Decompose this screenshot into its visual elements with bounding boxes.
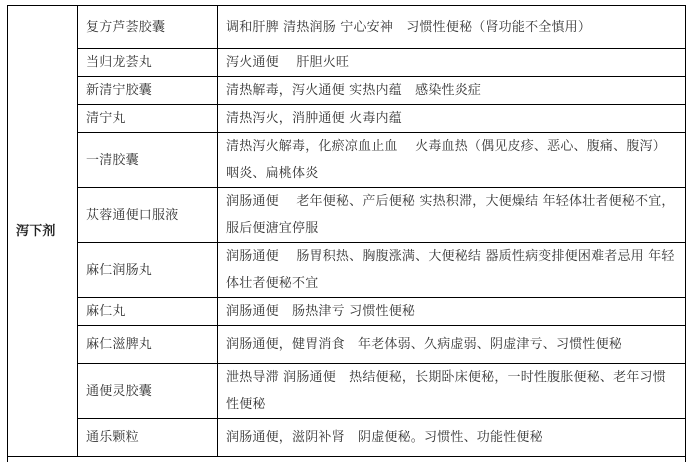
table-row: 新清宁胶囊 清热解毒，泻火通便 实热内蕴 感染性炎症 xyxy=(8,77,686,105)
drug-name: 一清胶囊 xyxy=(78,133,218,188)
table-row-partial xyxy=(8,457,686,462)
drug-description: 调和肝脾 清热润肠 宁心安神 习惯性便秘（肾功能不全慎用） xyxy=(218,6,686,49)
drug-name: 清宁丸 xyxy=(78,105,218,133)
drug-description: 清热泻火，消肿通便 火毒内蕴 xyxy=(218,105,686,133)
drug-name: 通乐颗粒 xyxy=(78,419,218,457)
table-row: 通乐颗粒 润肠通便，滋阴补肾 阴虚便秘。习惯性、功能性便秘 xyxy=(8,419,686,457)
drug-description: 润肠通便 老年便秘、产后便秘 实热积滞，大便燥结 年轻体壮者便秘不宜，服后便溏宜… xyxy=(218,188,686,243)
table-row: 当归龙荟丸 泻火通便 肝胆火旺 xyxy=(8,49,686,77)
table-row: 泻下剂 复方芦荟胶囊 调和肝脾 清热润肠 宁心安神 习惯性便秘（肾功能不全慎用） xyxy=(8,6,686,49)
drug-description: 润肠通便 肠胃积热、胸腹涨满、大便秘结 器质性病变排便困难者忌用 年轻体壮者便秘… xyxy=(218,243,686,298)
drug-description: 润肠通便 肠热津亏 习惯性便秘 xyxy=(218,298,686,326)
table-row: 通便灵胶囊 泄热导滞 润肠通便 热结便秘，长期卧床便秘，一时性腹胀便秘、老年习惯… xyxy=(8,364,686,419)
table-row: 麻仁滋脾丸 润肠通便，健胃消食 年老体弱、久病虚弱、阴虚津亏、习惯性便秘 xyxy=(8,326,686,364)
drug-name: 麻仁滋脾丸 xyxy=(78,326,218,364)
drug-name: 麻仁润肠丸 xyxy=(78,243,218,298)
category-cell: 泻下剂 xyxy=(8,6,78,457)
drug-description: 清热泻火解毒，化瘀凉血止血 火毒血热（偶见皮疹、恶心、腹痛、腹泻）咽炎、扁桃体炎 xyxy=(218,133,686,188)
table-row: 麻仁丸 润肠通便 肠热津亏 习惯性便秘 xyxy=(8,298,686,326)
table-row: 苁蓉通便口服液 润肠通便 老年便秘、产后便秘 实热积滞，大便燥结 年轻体壮者便秘… xyxy=(8,188,686,243)
drug-name: 麻仁丸 xyxy=(78,298,218,326)
drug-description: 清热解毒，泻火通便 实热内蕴 感染性炎症 xyxy=(218,77,686,105)
drug-table: 泻下剂 复方芦荟胶囊 调和肝脾 清热润肠 宁心安神 习惯性便秘（肾功能不全慎用）… xyxy=(7,5,686,462)
table-row: 麻仁润肠丸 润肠通便 肠胃积热、胸腹涨满、大便秘结 器质性病变排便困难者忌用 年… xyxy=(8,243,686,298)
drug-description: 泻火通便 肝胆火旺 xyxy=(218,49,686,77)
drug-description: 润肠通便，滋阴补肾 阴虚便秘。习惯性、功能性便秘 xyxy=(218,419,686,457)
next-row-cell xyxy=(8,457,686,462)
drug-name: 通便灵胶囊 xyxy=(78,364,218,419)
drug-name: 复方芦荟胶囊 xyxy=(78,6,218,49)
drug-name: 当归龙荟丸 xyxy=(78,49,218,77)
table-row: 一清胶囊 清热泻火解毒，化瘀凉血止血 火毒血热（偶见皮疹、恶心、腹痛、腹泻）咽炎… xyxy=(8,133,686,188)
drug-description: 泄热导滞 润肠通便 热结便秘，长期卧床便秘，一时性腹胀便秘、老年习惯性便秘 xyxy=(218,364,686,419)
table-row: 清宁丸 清热泻火，消肿通便 火毒内蕴 xyxy=(8,105,686,133)
drug-description: 润肠通便，健胃消食 年老体弱、久病虚弱、阴虚津亏、习惯性便秘 xyxy=(218,326,686,364)
drug-name: 苁蓉通便口服液 xyxy=(78,188,218,243)
drug-name: 新清宁胶囊 xyxy=(78,77,218,105)
